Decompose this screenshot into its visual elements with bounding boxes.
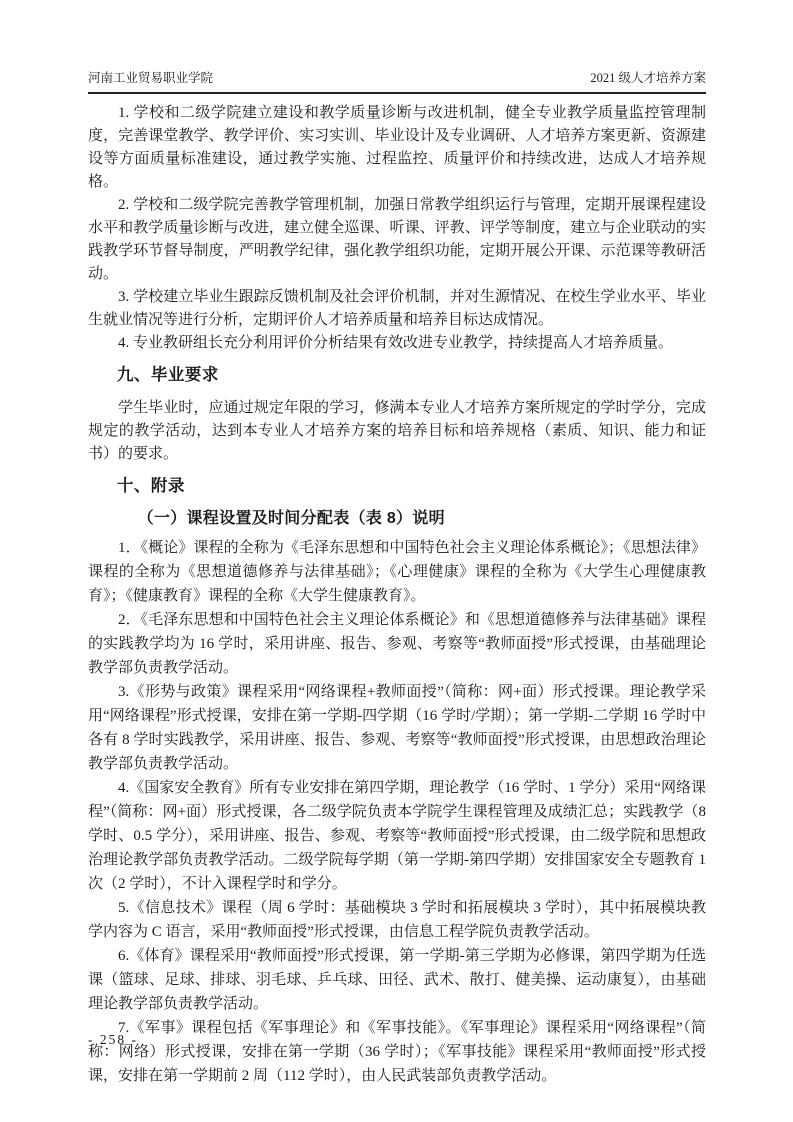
appendix-subheading: （一）课程设置及时间分配表（表 8）说明 [88, 508, 706, 530]
graduation-requirements-paragraph: 学生毕业时，应通过规定年限的学习，修满本专业人才培养方案所规定的学时学分，完成规… [88, 397, 706, 466]
document-body: 1. 学校和二级学院建立建设和教学质量诊断与改进机制，健全专业教学质量监控管理制… [88, 102, 706, 1088]
quality-paragraph-4: 4. 专业教研组长充分利用评价分析结果有效改进专业教学，持续提高人才培养质量。 [88, 332, 706, 355]
course-note-5: 5.《信息技术》课程（周 6 学时：基础模块 3 学时和拓展模块 3 学时），其… [88, 896, 706, 944]
document-page: 河南工业贸易职业学院 2021 级人才培养方案 1. 学校和二级学院建立建设和教… [0, 0, 793, 1122]
school-name: 河南工业贸易职业学院 [88, 70, 213, 86]
course-note-6: 6.《体育》课程采用“教师面授”形式授课，第一学期-第三学期为必修课，第四学期为… [88, 944, 706, 1016]
quality-paragraph-2: 2. 学校和二级学院完善教学管理机制，加强日常教学组织运行与管理，定期开展课程建… [88, 194, 706, 286]
page-header: 河南工业贸易职业学院 2021 级人才培养方案 [88, 70, 706, 94]
section-nine-heading: 九、毕业要求 [88, 364, 706, 386]
course-note-4: 4.《国家安全教育》所有专业安排在第四学期，理论教学（16 学时、1 学分）采用… [88, 776, 706, 896]
quality-paragraph-3: 3. 学校建立毕业生跟踪反馈机制及社会评价机制，并对生源情况、在校生学业水平、毕… [88, 286, 706, 332]
course-note-1: 1．《概论》课程的全称为《毛泽东思想和中国特色社会主义理论体系概论》；《思想法律… [88, 536, 706, 608]
section-ten-heading: 十、附录 [88, 475, 706, 497]
plan-title: 2021 级人才培养方案 [590, 70, 706, 86]
course-note-2: 2．《毛泽东思想和中国特色社会主义理论体系概论》和《思想道德修养与法律基础》课程… [88, 608, 706, 680]
course-note-3: 3.《形势与政策》课程采用“网络课程+教师面授”（简称：网+面）形式授课。理论教… [88, 680, 706, 776]
quality-paragraph-1: 1. 学校和二级学院建立建设和教学质量诊断与改进机制，健全专业教学质量监控管理制… [88, 102, 706, 194]
course-note-7: 7.《军事》课程包括《军事理论》和《军事技能》。《军事理论》课程采用“网络课程”… [88, 1016, 706, 1088]
page-number: - 258 - [88, 1032, 138, 1048]
